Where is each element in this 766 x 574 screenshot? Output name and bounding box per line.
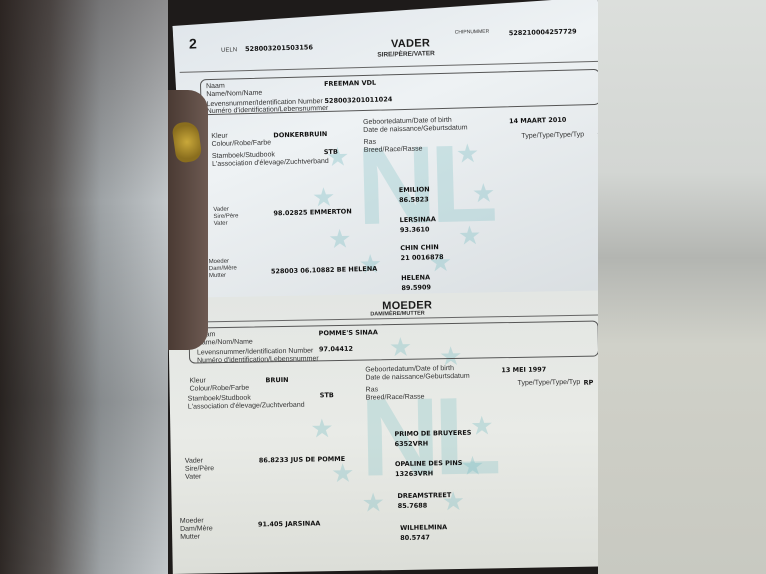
- eu-star-icon: ★: [456, 140, 480, 167]
- dam-grandparent-number: 80.5747: [400, 533, 430, 542]
- dam-grandparent-name: WILHELMINA: [400, 523, 447, 532]
- sire-subheading: SIRE/PÈRE/VATER: [377, 50, 435, 59]
- sire-grandparent-number: 86.5823: [399, 195, 429, 204]
- sire-studbook-label-alt: L'association d'élevage/Zuchtverband: [212, 158, 329, 169]
- chipnummer-label: CHIPNUMMER: [455, 28, 490, 37]
- sire-section: NL ★ ★ ★ ★ ★ ★ ★ ★ 2 UELN 52800320150315…: [172, 0, 598, 308]
- sire-grandparent-number: 93.3610: [400, 225, 430, 234]
- dam-id-value: 97.04412: [319, 345, 353, 354]
- pedigree-photo: NL ★ ★ ★ ★ ★ ★ ★ ★ 2 UELN 52800320150315…: [168, 0, 598, 574]
- sire-heading: VADER: [391, 37, 431, 50]
- sire-grandparent-name: HELENA: [401, 273, 430, 282]
- dam-studbook-value: STB: [320, 391, 334, 399]
- dam-colour-label-alt: Colour/Robe/Farbe: [190, 385, 250, 394]
- sire-type-label: Type/Type/Type/Typ: [521, 131, 584, 141]
- dam-subheading: DAM/MÈRE/MUTTER: [370, 311, 424, 318]
- dam-grandparent-name: PRIMO DE BRUYERES: [394, 429, 471, 438]
- dam-father-value: 86.8233 JUS DE POMME: [259, 455, 345, 465]
- dam-section: NL ★ ★ ★ ★ ★ ★ ★ ★ MOEDER DAM/MÈRE/MUTTE…: [168, 290, 598, 573]
- sire-mother-label-alt2: Mutter: [209, 273, 226, 280]
- dam-studbook-label-alt: L'association d'élevage/Zuchtverband: [188, 402, 305, 412]
- dam-father-label-alt: Sire/Père: [185, 465, 214, 474]
- dam-type-value: RP: [583, 379, 593, 387]
- eu-star-icon: ★: [470, 412, 494, 438]
- dam-id-label-alt: Numéro d'identification/Lebensnummer: [197, 355, 319, 365]
- sire-grandparent-name: CHIN CHIN: [400, 243, 439, 252]
- sire-grandparent-name: LERSINAA: [400, 215, 436, 224]
- sire-breed-label-alt: Breed/Race/Rasse: [364, 145, 423, 155]
- sire-dob-value: 14 MAART 2010: [509, 116, 567, 125]
- dam-grandparent-number: 6352VRH: [395, 439, 429, 448]
- page-number: 2: [189, 35, 197, 51]
- eu-star-icon: ★: [472, 180, 496, 207]
- sire-name-label-alt: Name/Nom/Name: [206, 90, 262, 99]
- dam-grandparent-name: DREAMSTREET: [397, 491, 451, 500]
- eu-star-icon: ★: [312, 184, 336, 211]
- sire-grandparent-name: EMILION: [399, 185, 430, 194]
- blurred-background-right: [598, 0, 766, 574]
- dam-type-label: Type/Type/Type/Typ: [517, 379, 580, 388]
- eu-star-icon: ★: [328, 225, 352, 252]
- sire-colour-label-alt: Colour/Robe/Farbe: [211, 139, 271, 149]
- dam-grandparent-name: OPALINE DES PINS: [395, 459, 463, 468]
- sire-grandparent-number: 89.5909: [401, 283, 431, 292]
- sire-studbook-value: STB: [324, 148, 338, 156]
- dam-mother-value: 91.405 JARSINAA: [258, 519, 321, 528]
- dam-breed-label-alt: Breed/Race/Rasse: [366, 394, 425, 403]
- sire-colour-value: DONKERBRUIN: [273, 130, 327, 139]
- eu-star-icon: ★: [331, 460, 355, 486]
- sire-grandparent-number: 21 0016878: [401, 253, 444, 262]
- dam-grandparent-number: 13263VRH: [395, 469, 433, 478]
- eu-star-icon: ★: [461, 453, 485, 479]
- blurred-background-left: [0, 0, 168, 574]
- dam-name-value: POMME'S SINAA: [319, 328, 378, 337]
- sire-type-value: S: [597, 131, 598, 139]
- sire-father-value: 98.02825 EMMERTON: [273, 207, 352, 217]
- ueln-label: UELN: [221, 46, 237, 54]
- eu-star-icon: ★: [361, 489, 385, 515]
- ueln-value: 528003201503156: [245, 43, 313, 53]
- dam-grandparent-number: 85.7688: [398, 502, 428, 511]
- sire-father-label-alt2: Vater: [214, 221, 228, 228]
- dam-breed-label: Ras: [366, 386, 379, 394]
- chipnummer-value: 528210004257729: [509, 27, 577, 37]
- eu-star-icon: ★: [458, 222, 482, 249]
- dam-father-label-alt2: Vater: [185, 473, 201, 481]
- dam-mother-label-alt2: Mutter: [180, 533, 200, 541]
- dam-dob-value: 13 MEI 1997: [501, 365, 546, 374]
- sire-name-value: FREEMAN VDL: [324, 79, 376, 88]
- eu-star-icon: ★: [310, 415, 334, 441]
- dam-colour-value: BRUIN: [265, 376, 288, 384]
